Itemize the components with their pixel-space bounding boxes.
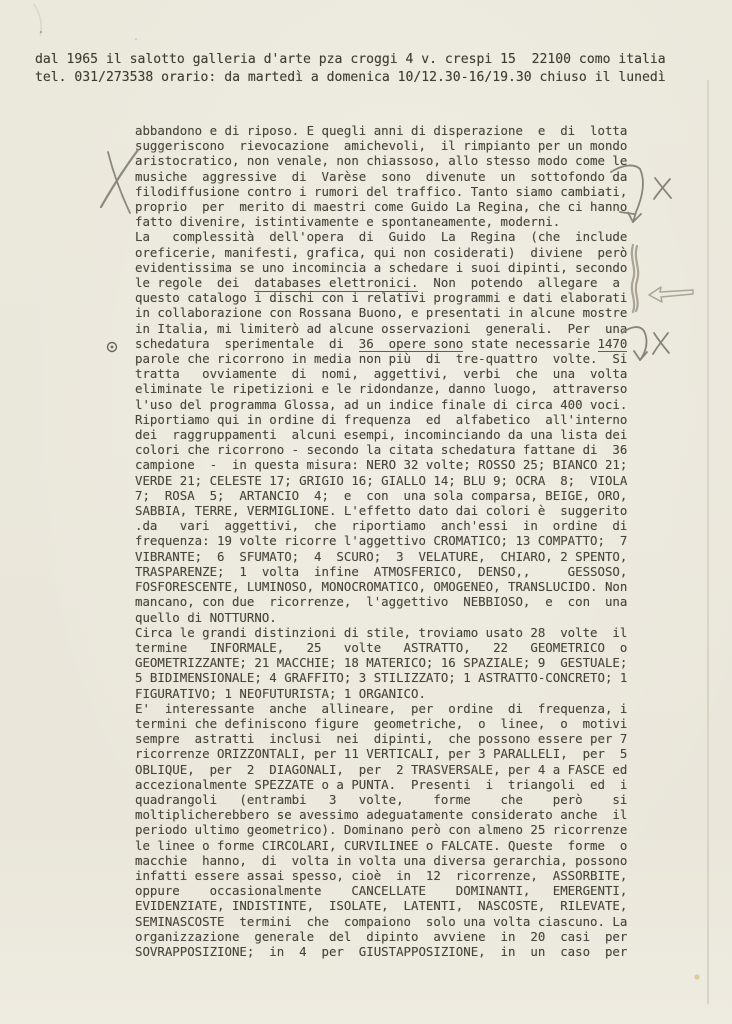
letterhead: dal 1965 il salotto galleria d'arte pza … (35, 51, 666, 86)
typewritten-line: quadrangoli (entrambi 3 volte, forme che… (135, 792, 627, 807)
typewritten-body: abbandono e di riposo. E quegli anni di … (135, 123, 627, 959)
underlined-text: 1470 (598, 336, 628, 353)
scanned-document-page: dal 1965 il salotto galleria d'arte pza … (0, 0, 732, 1024)
typewritten-line: proprio per merito di maestri come Guido… (135, 199, 627, 214)
typewritten-line: VERDE 21; CELESTE 17; GRIGIO 16; GIALLO … (135, 473, 627, 488)
typewritten-line: 5 BIDIMENSIONALE; 4 GRAFFITO; 3 STILIZZA… (135, 670, 627, 685)
typewritten-line: in collaborazione con Rossana Buono, e p… (135, 305, 627, 320)
typewritten-line: La complessità dell'opera di Guido La Re… (135, 229, 627, 244)
typewritten-line: termine INFORMALE, 25 volte ASTRATTO, 22… (135, 640, 627, 655)
typewritten-line: Riportiamo qui in ordine di frequenza ed… (135, 412, 627, 427)
typewritten-line: EVIDENZIATE, INDISTINTE, ISOLATE, LATENT… (135, 898, 627, 913)
typewritten-line: moltiplicherebbero se avessimo adeguatam… (135, 807, 627, 822)
pencil-x-mark (101, 150, 138, 213)
paper-speck (40, 31, 42, 33)
typewritten-line: SEMINASCOSTE termini che compaiono solo … (135, 914, 627, 929)
typewritten-line: eliminate le ripetizioni e le ridondanze… (135, 381, 627, 396)
typewritten-line: campione - in questa misura: NERO 32 vol… (135, 457, 627, 472)
typewritten-line: ricorrenze ORIZZONTALI, per 11 VERTICALI… (135, 746, 627, 761)
pencil-x-glyph-top (654, 178, 671, 199)
typewritten-line: l'uso del programma Glossa, ad un indice… (135, 397, 627, 412)
typewritten-line: oreficerie, manifesti, grafica, qui non … (135, 245, 627, 260)
typewritten-line: SOVRAPPOSIZIONE; in 4 per GIUSTAPPOSIZIO… (135, 944, 627, 959)
letterhead-line: dal 1965 il salotto galleria d'arte pza … (35, 51, 666, 69)
paper-crease (34, 4, 41, 36)
typewritten-line: musiche aggressive di Varèse sono divenu… (135, 169, 627, 184)
typewritten-line: oppure occasionalmente CANCELLATE DOMINA… (135, 883, 627, 898)
typewritten-line: TRASPARENZE; 1 volta infine ATMOSFERICO,… (135, 564, 627, 579)
circled-dot-mark (108, 343, 117, 352)
typewritten-line: abbandono e di riposo. E quegli anni di … (135, 123, 627, 138)
typewritten-line: FIGURATIVO; 1 NEOFUTURISTA; 1 ORGANICO. (135, 686, 627, 701)
typewritten-line: questo catalogo i dischi con i relativi … (135, 290, 627, 305)
typewritten-line: fatto divenire, istintivamente e spontan… (135, 214, 627, 229)
typewritten-line: FOSFORESCENTE, LUMINOSO, MONOCROMATICO, … (135, 579, 627, 594)
letterhead-line: tel. 031/273538 orario: da martedì a dom… (35, 69, 666, 87)
typewritten-line: .da vari aggettivi, che riportiamo anch'… (135, 518, 627, 533)
underlined-text: databases elettronici. (254, 275, 418, 292)
typewritten-line: periodo ultimo geometrico). Dominano per… (135, 822, 627, 837)
typewritten-line: sempre astratti inclusi nei dipinti, che… (135, 731, 627, 746)
typewritten-line: OBLIQUE, per 2 DIAGONALI, per 2 TRASVERS… (135, 762, 627, 777)
typewritten-line: VIBRANTE; 6 SFUMATO; 4 SCURO; 3 VELATURE… (135, 549, 627, 564)
typewritten-line: organizzazione generale del dipinto avvi… (135, 929, 627, 944)
typewritten-line: quello di NOTTURNO. (135, 610, 627, 625)
typewritten-line: SABBIA, TERRE, VERMIGLIONE. L'effetto da… (135, 503, 627, 518)
typewritten-line: GEOMETRIZZANTE; 21 MACCHIE; 18 MATERICO;… (135, 655, 627, 670)
typewritten-line: colori che ricorrono - secondo la citata… (135, 442, 627, 457)
typewritten-line: le regole dei databases elettronici. Non… (135, 275, 627, 290)
typewritten-line: Circa le grandi distinzioni di stile, tr… (135, 625, 627, 640)
typewritten-line: frequenza: 19 volte ricorre l'aggettivo … (135, 533, 627, 548)
typewritten-line: macchie hanno, di volta in volta una div… (135, 853, 627, 868)
typewritten-line: tratta ovviamente di nomi, aggettivi, ve… (135, 366, 627, 381)
typewritten-line: dei raggruppamenti alcuni esempi, incomi… (135, 427, 627, 442)
typewritten-line: in Italia, mi limiterò ad alcune osserva… (135, 321, 627, 336)
typewritten-line: filodiffusione contro i rumori del traff… (135, 184, 627, 199)
pencil-x-glyph-mid (653, 333, 669, 354)
pencil-squiggle (632, 245, 638, 312)
typewritten-line: E' interessante anche allineare, per ord… (135, 701, 627, 716)
typewritten-line: 7; ROSA 5; ARTANCIO 4; e con una sola co… (135, 488, 627, 503)
typewritten-line: aristocratico, non venale, non chiassoso… (135, 153, 627, 168)
paper-stain (694, 974, 699, 979)
left-arrow-icon (649, 287, 693, 302)
typewritten-line: parole che ricorrono in media non più di… (135, 351, 627, 366)
typewritten-line: mancano, con due ricorrenze, l'aggettivo… (135, 594, 627, 609)
typewritten-line: termini che definiscono figure geometric… (135, 716, 627, 731)
typewritten-line: infatti essere assai spesso, cioè in 12 … (135, 868, 627, 883)
typewritten-line: schedatura sperimentale di 36 opere sono… (135, 336, 627, 351)
typewritten-line: accezionalmente SPEZZATE o a PUNTA. Pres… (135, 777, 627, 792)
typewritten-line: suggeriscono rievocazione amichevoli, il… (135, 138, 627, 153)
underlined-text: 36 opere sono (359, 336, 463, 353)
paper-speck (135, 38, 137, 40)
typewritten-line: le linee o forme CIRCOLARI, CURVILINEE o… (135, 838, 627, 853)
typewritten-line: evidentissima se uno incomincia a scheda… (135, 260, 627, 275)
